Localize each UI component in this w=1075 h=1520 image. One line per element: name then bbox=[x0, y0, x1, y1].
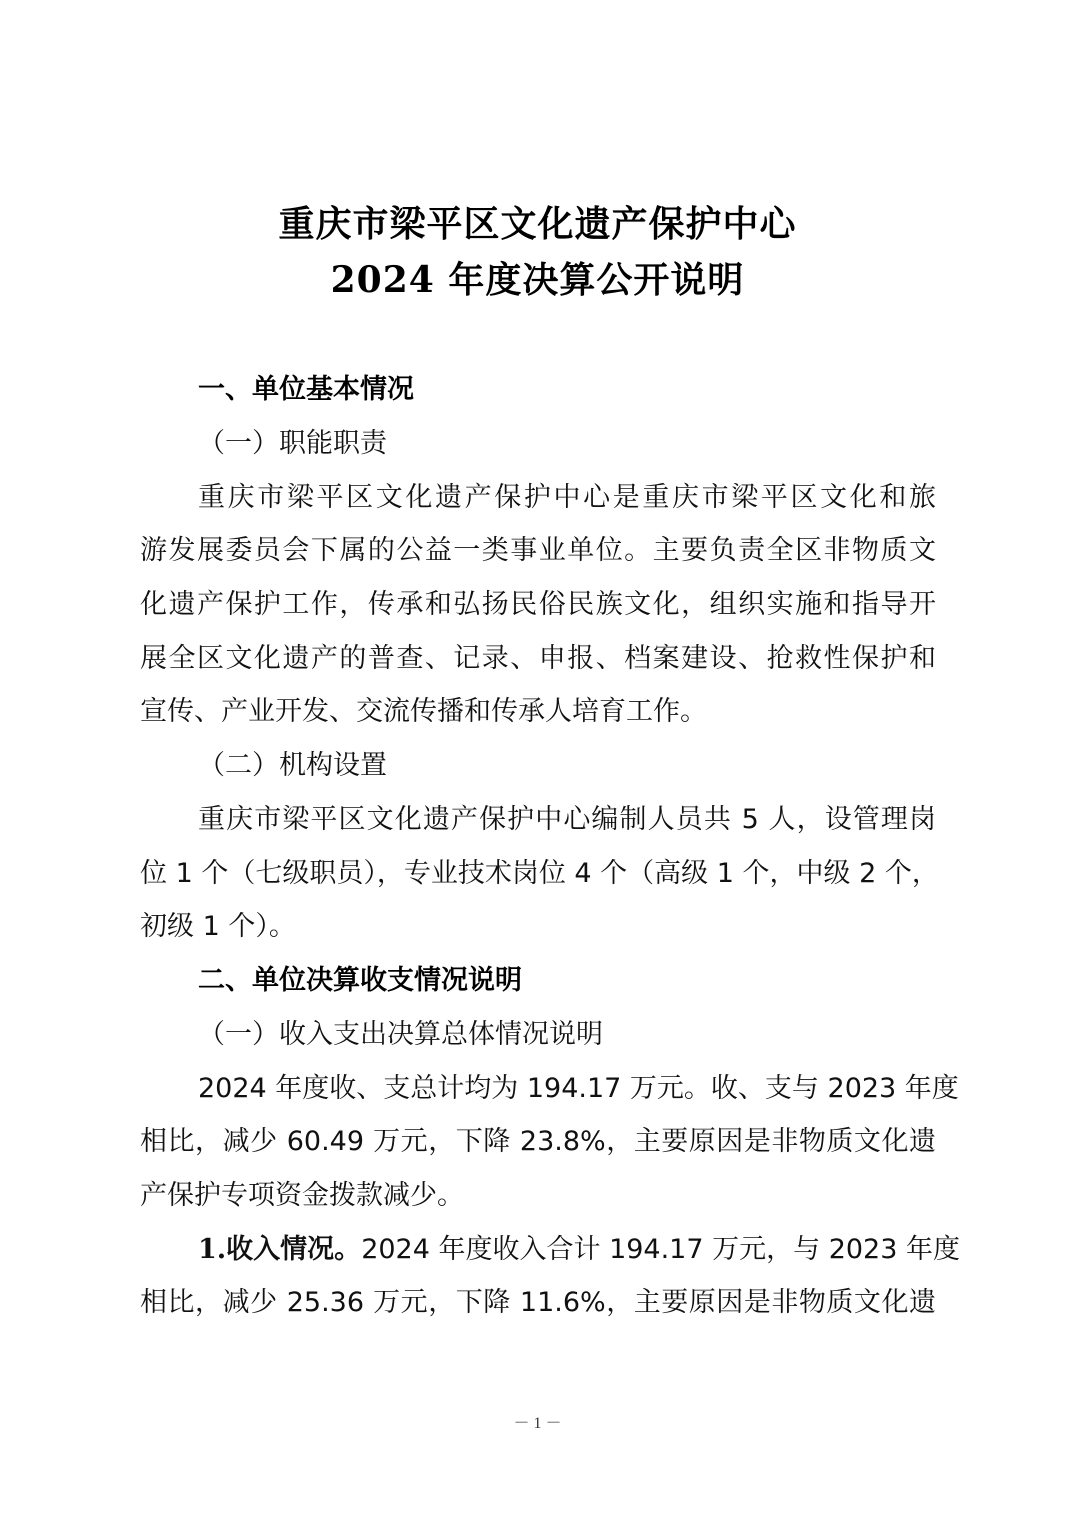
subsection-heading-overall: （一）收入支出决算总体情况说明 bbox=[198, 1012, 603, 1051]
paragraph-line: 初级 1 个）。 bbox=[140, 904, 936, 943]
income-label: 1.收入情况。 bbox=[198, 1234, 361, 1265]
paragraph-line: 产保护专项资金拨款减少。 bbox=[140, 1173, 936, 1212]
paragraph-line: 游发展委员会下属的公益一类事业单位。主要负责全区非物质文 bbox=[140, 528, 936, 567]
section-heading-budget: 二、单位决算收支情况说明 bbox=[198, 958, 522, 997]
income-text: 2024 年度收入合计 194.17 万元，与 2023 年度 bbox=[361, 1234, 960, 1265]
paragraph-line: 化遗产保护工作，传承和弘扬民俗民族文化，组织实施和指导开 bbox=[140, 582, 936, 621]
document-page: 重庆市梁平区文化遗产保护中心 2024 年度决算公开说明 一、单位基本情况 （一… bbox=[0, 0, 1075, 1520]
income-paragraph-line: 1.收入情况。2024 年度收入合计 194.17 万元，与 2023 年度 bbox=[198, 1227, 936, 1266]
subsection-heading-duties: （一）职能职责 bbox=[198, 421, 387, 460]
subsection-heading-organization: （二）机构设置 bbox=[198, 743, 387, 782]
paragraph-line: 2024 年度收、支总计均为 194.17 万元。收、支与 2023 年度 bbox=[198, 1066, 936, 1105]
paragraph-line: 位 1 个（七级职员），专业技术岗位 4 个（高级 1 个，中级 2 个， bbox=[140, 851, 936, 890]
page-number: － 1 － bbox=[0, 1410, 1075, 1433]
paragraph-line: 重庆市梁平区文化遗产保护中心是重庆市梁平区文化和旅 bbox=[198, 475, 936, 514]
paragraph-line: 相比，减少 60.49 万元，下降 23.8%，主要原因是非物质文化遗 bbox=[140, 1119, 936, 1158]
paragraph-line: 相比，减少 25.36 万元，下降 11.6%，主要原因是非物质文化遗 bbox=[140, 1280, 936, 1319]
paragraph-line: 宣传、产业开发、交流传播和传承人培育工作。 bbox=[140, 689, 936, 728]
document-title-line2: 2024 年度决算公开说明 bbox=[0, 252, 1075, 303]
paragraph-line: 重庆市梁平区文化遗产保护中心编制人员共 5 人，设管理岗 bbox=[198, 797, 936, 836]
section-heading-basic-info: 一、单位基本情况 bbox=[198, 367, 414, 406]
paragraph-line: 展全区文化遗产的普查、记录、申报、档案建设、抢救性保护和 bbox=[140, 636, 936, 675]
document-title-line1: 重庆市梁平区文化遗产保护中心 bbox=[0, 196, 1075, 247]
